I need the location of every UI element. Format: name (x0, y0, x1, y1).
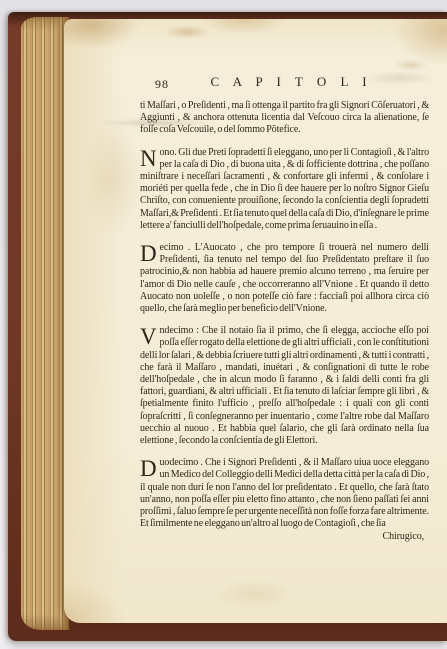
page-header: 98 C A P I T O L I (140, 76, 429, 93)
paragraph-nono: Nono. Gli due Preti ſopradetti ſi elegga… (140, 147, 429, 232)
foxing-stain (394, 59, 428, 71)
dropcap-initial: D (140, 243, 157, 264)
paragraph-decimo: Decimo . L'Auocato , che pro tempore ſi … (140, 242, 429, 315)
foxing-stain (82, 119, 142, 239)
paragraph-continuation: ti Maſſari , o Preſidenti , ma ſi otteng… (140, 100, 429, 137)
dropcap-initial: N (140, 148, 157, 169)
dropcap-initial: D (140, 458, 157, 479)
paragraph-text: uodecimo . Che i Signori Preſidenti , & … (140, 457, 429, 529)
running-title: C A P I T O L I (140, 76, 429, 88)
folio-number: 98 (155, 78, 169, 90)
paragraph-vndecimo: Vndecimo : Che il notaio ſia il primo, c… (140, 325, 429, 447)
dropcap-initial: V (140, 326, 157, 347)
page-edge-stack (21, 17, 69, 630)
foxing-stain (164, 25, 210, 39)
photo-background: 98 C A P I T O L I ti Maſſari , o Preſid… (0, 0, 447, 649)
paragraph-text: ti Maſſari , o Preſidenti , ma ſi otteng… (140, 100, 429, 135)
paragraph-text: ecimo . L'Auocato , che pro tempore ſi t… (140, 242, 429, 314)
paragraph-duodecimo: Duodecimo . Che i Signori Preſidenti , &… (140, 457, 429, 530)
book: 98 C A P I T O L I ti Maſſari , o Preſid… (8, 12, 447, 641)
paragraph-catchline: Chirugico, (140, 531, 429, 543)
paragraph-text: ono. Gli due Preti ſopradetti ſi eleggan… (140, 147, 429, 231)
text-block: 98 C A P I T O L I ti Maſſari , o Preſid… (140, 76, 429, 543)
paragraph-text: ndecimo : Che il notaio ſia il primo, ch… (140, 325, 429, 446)
book-page: 98 C A P I T O L I ti Maſſari , o Preſid… (64, 19, 447, 623)
foxing-stain (214, 579, 294, 609)
